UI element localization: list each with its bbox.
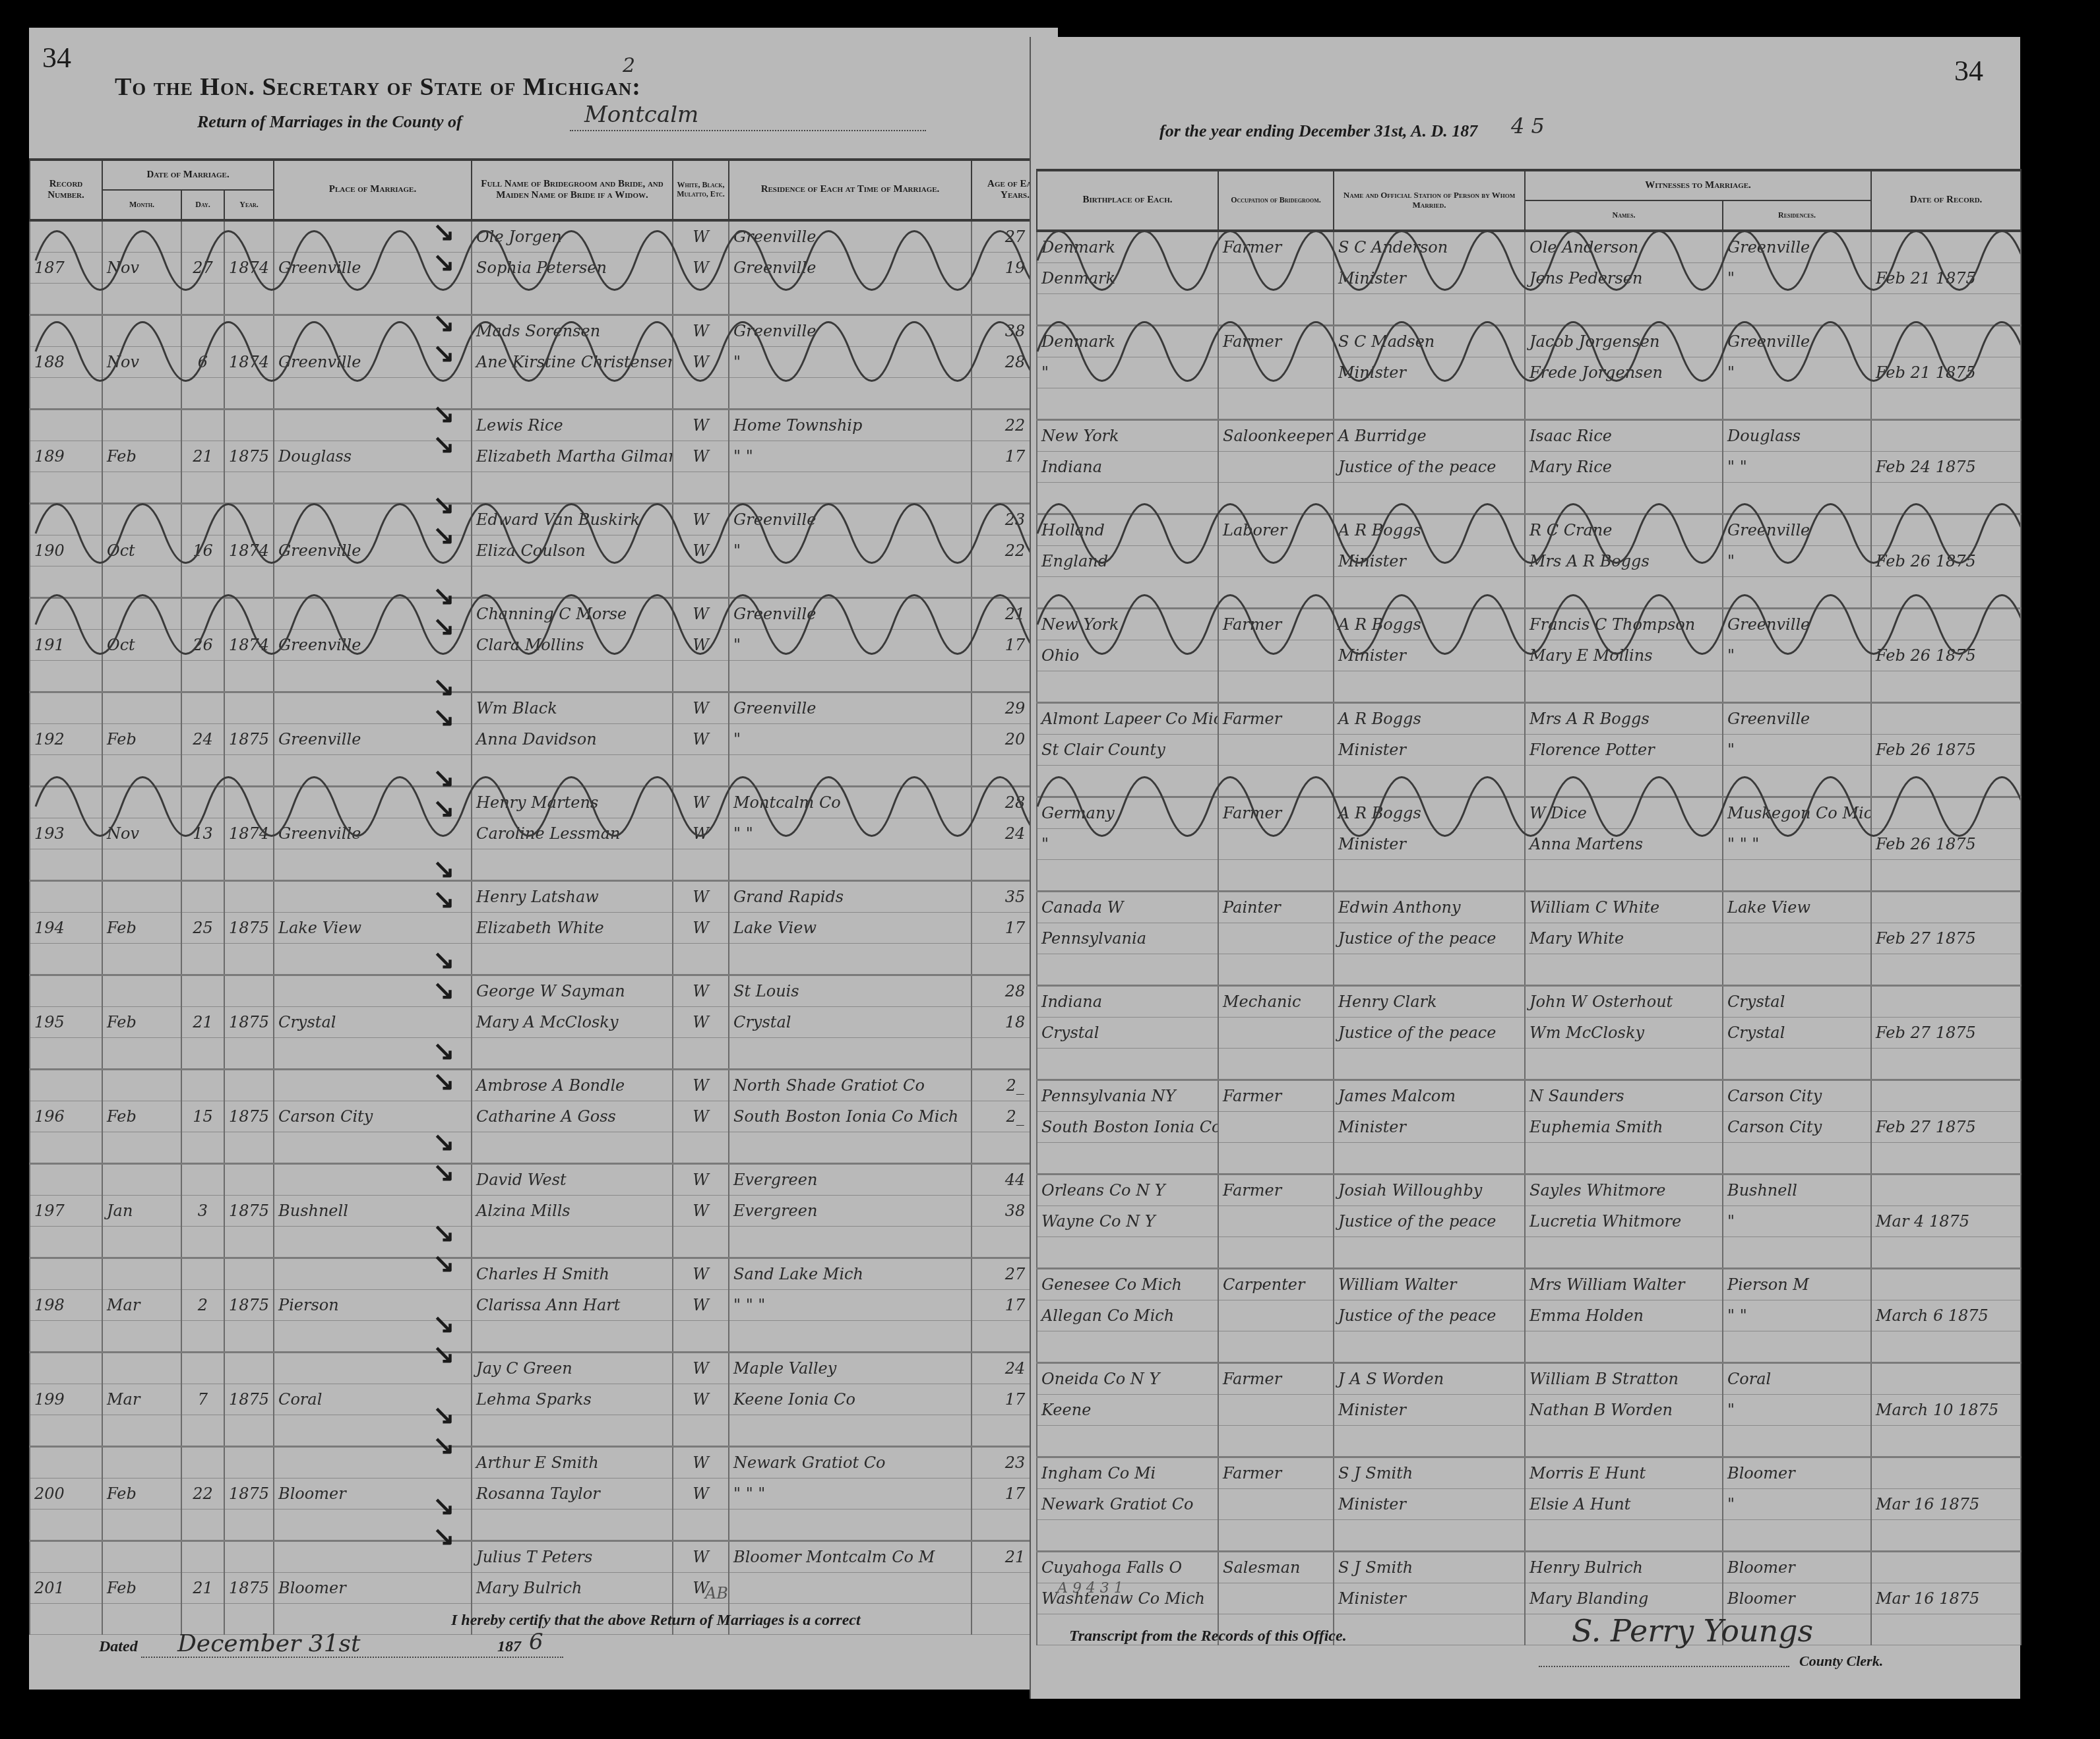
occupation-cell: Farmer (1218, 703, 1334, 735)
county-value: Montcalm (584, 102, 698, 128)
date-record-cell (1871, 514, 2021, 546)
witness1-name-cell: Jacob Jorgensen (1525, 326, 1723, 357)
table-row: Newark Gratiot CoMinisterElsie A Hunt"Ma… (1037, 1489, 2021, 1520)
table-row (30, 566, 1059, 598)
table-row: 189Feb211875DouglassElizabeth Martha Gil… (30, 441, 1059, 472)
bride-residence-cell: " " (729, 818, 972, 849)
spacer (1037, 1520, 1218, 1552)
table-row (1037, 954, 2021, 986)
record-number-cell: 193 (30, 818, 102, 849)
spacer (1218, 766, 1334, 797)
table-row (30, 378, 1059, 410)
month-cell (102, 315, 181, 347)
dated-underline (141, 1657, 563, 1658)
record-number-cell (30, 315, 102, 347)
spacer (30, 566, 102, 598)
record-number-cell (30, 1353, 102, 1384)
check-mark-icon: ↘ (433, 611, 455, 642)
spacer (102, 755, 181, 787)
table-row: Edward Van BuskirkWGreenville23 (30, 504, 1059, 535)
table-row (30, 1132, 1059, 1164)
bride-residence-cell: " (729, 347, 972, 378)
table-row: Cuyahoga Falls OSalesmanS J SmithHenry B… (1037, 1552, 2021, 1583)
witness2-residence-cell: " " " (1723, 829, 1871, 860)
record-number-cell: 200 (30, 1479, 102, 1510)
check-mark-icon: ↘ (433, 853, 455, 884)
day-cell: 13 (181, 818, 224, 849)
occupation-cell: Carpenter (1218, 1269, 1334, 1300)
month-cell: Nov (102, 347, 181, 378)
check-mark-icon: ↘ (433, 1248, 455, 1279)
check-mark-icon: ↘ (433, 429, 455, 460)
officiant-title-cell: Minister (1334, 640, 1525, 671)
spacer (673, 755, 729, 787)
officiant-name-cell: S C Madsen (1334, 326, 1525, 357)
spacer (102, 944, 181, 975)
officiant-name-cell: J A S Worden (1334, 1363, 1525, 1395)
table-row (1037, 860, 2021, 892)
witness1-name-cell: Francis C Thompson (1525, 609, 1723, 640)
officiant-title-cell: Minister (1334, 1112, 1525, 1143)
witness1-name-cell: Mrs William Walter (1525, 1269, 1723, 1300)
check-mark-icon: ↘ (433, 1126, 455, 1157)
spacer (30, 284, 102, 315)
check-mark-icon: ↘ (433, 520, 455, 551)
witness2-name-cell: Jens Pedersen (1525, 263, 1723, 294)
spacer (1037, 483, 1218, 514)
spacer (472, 1227, 673, 1258)
officiant-title-cell: Justice of the peace (1334, 1206, 1525, 1237)
table-row: New YorkSaloonkeeperA BurridgeIsaac Rice… (1037, 420, 2021, 452)
spacer (224, 378, 274, 410)
month-cell: Nov (102, 253, 181, 284)
bride-name-cell: Eliza Coulson (472, 535, 673, 566)
check-mark-icon: ↘ (433, 975, 455, 1006)
table-row: Genesee Co MichCarpenterWilliam WalterMr… (1037, 1269, 2021, 1300)
witness1-name-cell: John W Osterhout (1525, 986, 1723, 1018)
year-cell: 1874 (224, 535, 274, 566)
groom-name-cell: Ambrose A Bondle (472, 1070, 673, 1101)
groom-residence-cell: Maple Valley (729, 1353, 972, 1384)
bride-birthplace-cell: " (1037, 357, 1218, 388)
groom-birthplace-cell: Cuyahoga Falls O (1037, 1552, 1218, 1583)
bride-color-cell: W (673, 1007, 729, 1038)
groom-name-cell: David West (472, 1164, 673, 1196)
col-place: Place of Marriage. (274, 160, 472, 220)
bride-birthplace-cell: St Clair County (1037, 735, 1218, 766)
spacer (224, 1321, 274, 1353)
witness2-name-cell: Emma Holden (1525, 1300, 1723, 1331)
spacer (181, 1038, 224, 1070)
officiant-title-cell: Minister (1334, 263, 1525, 294)
occupation-cell: Farmer (1218, 1363, 1334, 1395)
date-record-cell (1871, 326, 2021, 357)
record-number-cell (30, 1447, 102, 1479)
witness1-name-cell: Mrs A R Boggs (1525, 703, 1723, 735)
spacer (729, 1510, 972, 1541)
check-mark-icon: ↘ (433, 884, 455, 915)
spacer (1218, 1112, 1334, 1143)
month-cell: Nov (102, 818, 181, 849)
year-cell: 1875 (224, 1384, 274, 1415)
month-cell: Feb (102, 1007, 181, 1038)
spacer (224, 566, 274, 598)
groom-birthplace-cell: Pennsylvania NY (1037, 1080, 1218, 1112)
day-cell: 3 (181, 1196, 224, 1227)
groom-color-cell: W (673, 975, 729, 1007)
check-mark-icon: ↘ (433, 793, 455, 824)
witness2-name-cell: Lucretia Whitmore (1525, 1206, 1723, 1237)
month-cell (102, 787, 181, 818)
spacer (102, 284, 181, 315)
spacer (472, 472, 673, 504)
month-cell (102, 1258, 181, 1290)
check-mark-icon: ↘ (433, 671, 455, 702)
bride-color-cell: W (673, 818, 729, 849)
month-cell (102, 1447, 181, 1479)
col-witnesses: Witnesses to Marriage. (1525, 170, 1871, 200)
spacer (1037, 294, 1218, 326)
stamp-number: A 9 4 3 1 (1057, 1580, 1123, 1597)
bride-residence-cell: South Boston Ionia Co Mich (729, 1101, 972, 1132)
spacer (673, 378, 729, 410)
officiant-title-cell: Minister (1334, 1489, 1525, 1520)
place-cell: Crystal (274, 1007, 472, 1038)
groom-birthplace-cell: Ingham Co Mi (1037, 1457, 1218, 1489)
spacer (1334, 954, 1525, 986)
page-title: To the Hon. Secretary of State of Michig… (115, 73, 641, 102)
spacer (1218, 1049, 1334, 1080)
spacer (181, 1510, 224, 1541)
year-cell: 1874 (224, 347, 274, 378)
day-cell (181, 315, 224, 347)
table-row (1037, 577, 2021, 609)
witness2-residence-cell: " (1723, 735, 1871, 766)
table-row: Pennsylvania NYFarmerJames MalcomN Saund… (1037, 1080, 2021, 1112)
date-of-record-cell: Feb 26 1875 (1871, 829, 2021, 860)
date-of-record-cell: Mar 4 1875 (1871, 1206, 2021, 1237)
groom-birthplace-cell: Denmark (1037, 231, 1218, 263)
check-mark-icon: ↘ (433, 338, 455, 369)
date-of-record-cell: Feb 27 1875 (1871, 1018, 2021, 1049)
witness1-residence-cell: Crystal (1723, 986, 1871, 1018)
groom-name-cell: Charles H Smith (472, 1258, 673, 1290)
witness2-residence-cell: " (1723, 640, 1871, 671)
spacer (673, 1510, 729, 1541)
officiant-title-cell: Minister (1334, 546, 1525, 577)
col-date-of-marriage: Date of Marriage. (102, 160, 274, 190)
bride-color-cell: W (673, 1196, 729, 1227)
signature-line (1539, 1666, 1789, 1667)
year-label: for the year ending December 31st, A. D.… (1159, 121, 1477, 141)
date-record-cell (1871, 892, 2021, 923)
groom-birthplace-cell: Orleans Co N Y (1037, 1175, 1218, 1206)
groom-name-cell: Lewis Rice (472, 410, 673, 441)
year-cell (224, 598, 274, 630)
check-mark-icon: ↘ (433, 1399, 455, 1430)
spacer (1218, 483, 1334, 514)
month-cell (102, 220, 181, 253)
year-cell: 1875 (224, 724, 274, 755)
table-row: Mads SorensenWGreenville38 (30, 315, 1059, 347)
bride-color-cell: W (673, 347, 729, 378)
table-row: 195Feb211875CrystalMary A McCloskyWCryst… (30, 1007, 1059, 1038)
witness2-residence-cell: " (1723, 1206, 1871, 1237)
spacer (1525, 766, 1723, 797)
groom-name-cell: Mads Sorensen (472, 315, 673, 347)
spacer (1525, 1143, 1723, 1175)
date-of-record-cell: Feb 26 1875 (1871, 735, 2021, 766)
check-mark-icon: ↘ (433, 489, 455, 520)
table-row: EnglandMinisterMrs A R Boggs"Feb 26 1875 (1037, 546, 2021, 577)
spacer (729, 284, 972, 315)
record-number-cell: 198 (30, 1290, 102, 1321)
spacer (30, 755, 102, 787)
spacer (1871, 294, 2021, 326)
spacer (729, 1321, 972, 1353)
table-row: South Boston Ionia Co MichMinisterEuphem… (1037, 1112, 2021, 1143)
spacer (472, 378, 673, 410)
spacer (1871, 1520, 2021, 1552)
spacer (102, 1321, 181, 1353)
officiant-title-cell: Minister (1334, 735, 1525, 766)
spacer (1723, 1426, 1871, 1457)
bride-residence-cell: " " " (729, 1290, 972, 1321)
spacer (224, 1227, 274, 1258)
month-cell: Feb (102, 1479, 181, 1510)
table-row (30, 1227, 1059, 1258)
bride-name-cell: Lehma Sparks (472, 1384, 673, 1415)
spacer (472, 944, 673, 975)
spacer (729, 566, 972, 598)
spacer (1334, 1426, 1525, 1457)
spacer (181, 378, 224, 410)
table-row (30, 755, 1059, 787)
spacer (472, 755, 673, 787)
year-cell (224, 787, 274, 818)
table-row: Lewis RiceWHome Township22 (30, 410, 1059, 441)
year-cell (224, 410, 274, 441)
month-cell: Feb (102, 724, 181, 755)
spacer (1218, 294, 1334, 326)
spacer (1334, 766, 1525, 797)
groom-color-cell: W (673, 315, 729, 347)
spacer (1525, 1237, 1723, 1269)
witness1-name-cell: R C Crane (1525, 514, 1723, 546)
bride-name-cell: Alzina Mills (472, 1196, 673, 1227)
spacer (181, 1227, 224, 1258)
table-row: "MinisterAnna Martens" " "Feb 26 1875 (1037, 829, 2021, 860)
spacer (1218, 1583, 1334, 1614)
year-cell: 1875 (224, 1479, 274, 1510)
col-record-number: Record Number. (30, 160, 102, 220)
table-row: Orleans Co N YFarmerJosiah WilloughbySay… (1037, 1175, 2021, 1206)
spacer (1723, 388, 1871, 420)
month-cell (102, 598, 181, 630)
witness2-residence-cell: " " (1723, 1300, 1871, 1331)
spacer (30, 661, 102, 692)
record-number-cell: 197 (30, 1196, 102, 1227)
witness2-name-cell: Elsie A Hunt (1525, 1489, 1723, 1520)
witness1-residence-cell: Greenville (1723, 703, 1871, 735)
table-row: Canada WPainterEdwin AnthonyWilliam C Wh… (1037, 892, 2021, 923)
spacer (1723, 1049, 1871, 1080)
spacer (1871, 388, 2021, 420)
witness1-residence-cell: Greenville (1723, 326, 1871, 357)
spacer (1218, 954, 1334, 986)
table-row: HollandLaborerA R BoggsR C CraneGreenvil… (1037, 514, 2021, 546)
col-occupation: Occupation of Bridegroom. (1218, 170, 1334, 231)
day-cell: 26 (181, 630, 224, 661)
record-number-cell: 189 (30, 441, 102, 472)
spacer (224, 755, 274, 787)
witness1-residence-cell: Greenville (1723, 231, 1871, 263)
groom-birthplace-cell: Germany (1037, 797, 1218, 829)
witness2-name-cell: Anna Martens (1525, 829, 1723, 860)
table-row: Ambrose A BondleWNorth Shade Gratiot Co2… (30, 1070, 1059, 1101)
spacer (1871, 1143, 2021, 1175)
spacer (1037, 1143, 1218, 1175)
officiant-title-cell: Justice of the peace (1334, 1300, 1525, 1331)
spacer (1037, 388, 1218, 420)
spacer (1218, 640, 1334, 671)
spacer (181, 284, 224, 315)
groom-color-cell: W (673, 598, 729, 630)
witness1-residence-cell: Greenville (1723, 514, 1871, 546)
spacer (1037, 1237, 1218, 1269)
day-cell: 2 (181, 1290, 224, 1321)
bride-name-cell: Catharine A Goss (472, 1101, 673, 1132)
bride-color-cell: W (673, 724, 729, 755)
spacer (1334, 294, 1525, 326)
groom-residence-cell: Montcalm Co (729, 787, 972, 818)
groom-name-cell: Channing C Morse (472, 598, 673, 630)
spacer (1723, 1331, 1871, 1363)
month-cell: Feb (102, 913, 181, 944)
month-cell: Oct (102, 630, 181, 661)
clerk-signature: S. Perry Youngs (1572, 1613, 1813, 1649)
table-row: Washtenaw Co MichMinisterMary BlandingBl… (1037, 1583, 2021, 1614)
groom-birthplace-cell: Holland (1037, 514, 1218, 546)
date-record-cell (1871, 1080, 2021, 1112)
witness1-residence-cell: Greenville (1723, 609, 1871, 640)
record-number-cell: 190 (30, 535, 102, 566)
groom-color-cell: W (673, 1541, 729, 1573)
groom-name-cell: Henry Latshaw (472, 881, 673, 913)
officiant-name-cell: James Malcom (1334, 1080, 1525, 1112)
spacer (673, 1038, 729, 1070)
date-of-record-cell: Feb 21 1875 (1871, 357, 2021, 388)
spacer (673, 284, 729, 315)
table-row: 199Mar71875CoralLehma SparksWKeene Ionia… (30, 1384, 1059, 1415)
col-witness-names: Names. (1525, 200, 1723, 231)
witness1-residence-cell: Carson City (1723, 1080, 1871, 1112)
officiant-title-cell: Justice of the peace (1334, 452, 1525, 483)
year-cell: 1874 (224, 818, 274, 849)
witness2-name-cell: Euphemia Smith (1525, 1112, 1723, 1143)
spacer (472, 566, 673, 598)
spacer (30, 944, 102, 975)
bride-residence-cell: Evergreen (729, 1196, 972, 1227)
groom-name-cell: George W Sayman (472, 975, 673, 1007)
bride-color-cell: W (673, 535, 729, 566)
year-cell: 1874 (224, 630, 274, 661)
spacer (1037, 1049, 1218, 1080)
groom-birthplace-cell: Almont Lapeer Co Mich (1037, 703, 1218, 735)
table-row: 196Feb151875Carson CityCatharine A GossW… (30, 1101, 1059, 1132)
spacer (102, 472, 181, 504)
record-number-cell: 191 (30, 630, 102, 661)
day-cell (181, 787, 224, 818)
table-row (1037, 1520, 2021, 1552)
spacer (30, 1321, 102, 1353)
bride-name-cell: Caroline Lessman (472, 818, 673, 849)
spacer (224, 1038, 274, 1070)
witness2-residence-cell: " " (1723, 452, 1871, 483)
record-number-cell: 196 (30, 1101, 102, 1132)
bride-color-cell: W (673, 1479, 729, 1510)
spacer (1218, 263, 1334, 294)
spacer (1525, 860, 1723, 892)
table-row: 191Oct261874GreenvilleClara MollinsW"17 (30, 630, 1059, 661)
date-of-record-cell: Mar 16 1875 (1871, 1489, 2021, 1520)
table-row: "MinisterFrede Jorgensen"Feb 21 1875 (1037, 357, 2021, 388)
date-of-record-cell: March 10 1875 (1871, 1395, 2021, 1426)
groom-residence-cell: St Louis (729, 975, 972, 1007)
groom-residence-cell: Sand Lake Mich (729, 1258, 972, 1290)
spacer (1871, 1426, 2021, 1457)
date-record-cell (1871, 1457, 2021, 1489)
spacer (224, 284, 274, 315)
spacer (1723, 1520, 1871, 1552)
check-mark-icon: ↘ (433, 702, 455, 733)
spacer (472, 661, 673, 692)
spacer (1525, 1049, 1723, 1080)
table-row: Ole JorgenWGreenville27 (30, 220, 1059, 253)
table-row: 190Oct161874GreenvilleEliza CoulsonW"22 (30, 535, 1059, 566)
record-number-cell (30, 410, 102, 441)
table-row: Wm BlackWGreenville29 (30, 692, 1059, 724)
spacer (224, 1415, 274, 1447)
table-row: Ingham Co MiFarmerS J SmithMorris E Hunt… (1037, 1457, 2021, 1489)
table-row (30, 1321, 1059, 1353)
table-row (30, 1510, 1059, 1541)
day-cell (181, 1258, 224, 1290)
witness1-name-cell: Morris E Hunt (1525, 1457, 1723, 1489)
groom-residence-cell: Greenville (729, 315, 972, 347)
witness2-residence-cell: " (1723, 1489, 1871, 1520)
table-row: Henry LatshawWGrand Rapids35 (30, 881, 1059, 913)
col-year: Year. (224, 190, 274, 220)
bride-birthplace-cell: Wayne Co N Y (1037, 1206, 1218, 1237)
check-mark-icon: ↘ (433, 1339, 455, 1370)
county-label: Return of Marriages in the County of (197, 112, 462, 132)
marriage-table-right: Birthplace of Each. Occupation of Brideg… (1036, 169, 2022, 1645)
table-row: IndianaMechanicHenry ClarkJohn W Osterho… (1037, 986, 2021, 1018)
officiant-name-cell: Henry Clark (1334, 986, 1525, 1018)
groom-residence-cell: Home Township (729, 410, 972, 441)
month-cell: Feb (102, 1101, 181, 1132)
groom-color-cell: W (673, 692, 729, 724)
record-number-cell (30, 1070, 102, 1101)
spacer (1218, 546, 1334, 577)
check-mark-icon: ↘ (433, 307, 455, 338)
spacer (1218, 860, 1334, 892)
day-cell: 22 (181, 1479, 224, 1510)
page-number: 34 (42, 41, 71, 75)
officiant-name-cell: A R Boggs (1334, 797, 1525, 829)
table-row (1037, 1426, 2021, 1457)
